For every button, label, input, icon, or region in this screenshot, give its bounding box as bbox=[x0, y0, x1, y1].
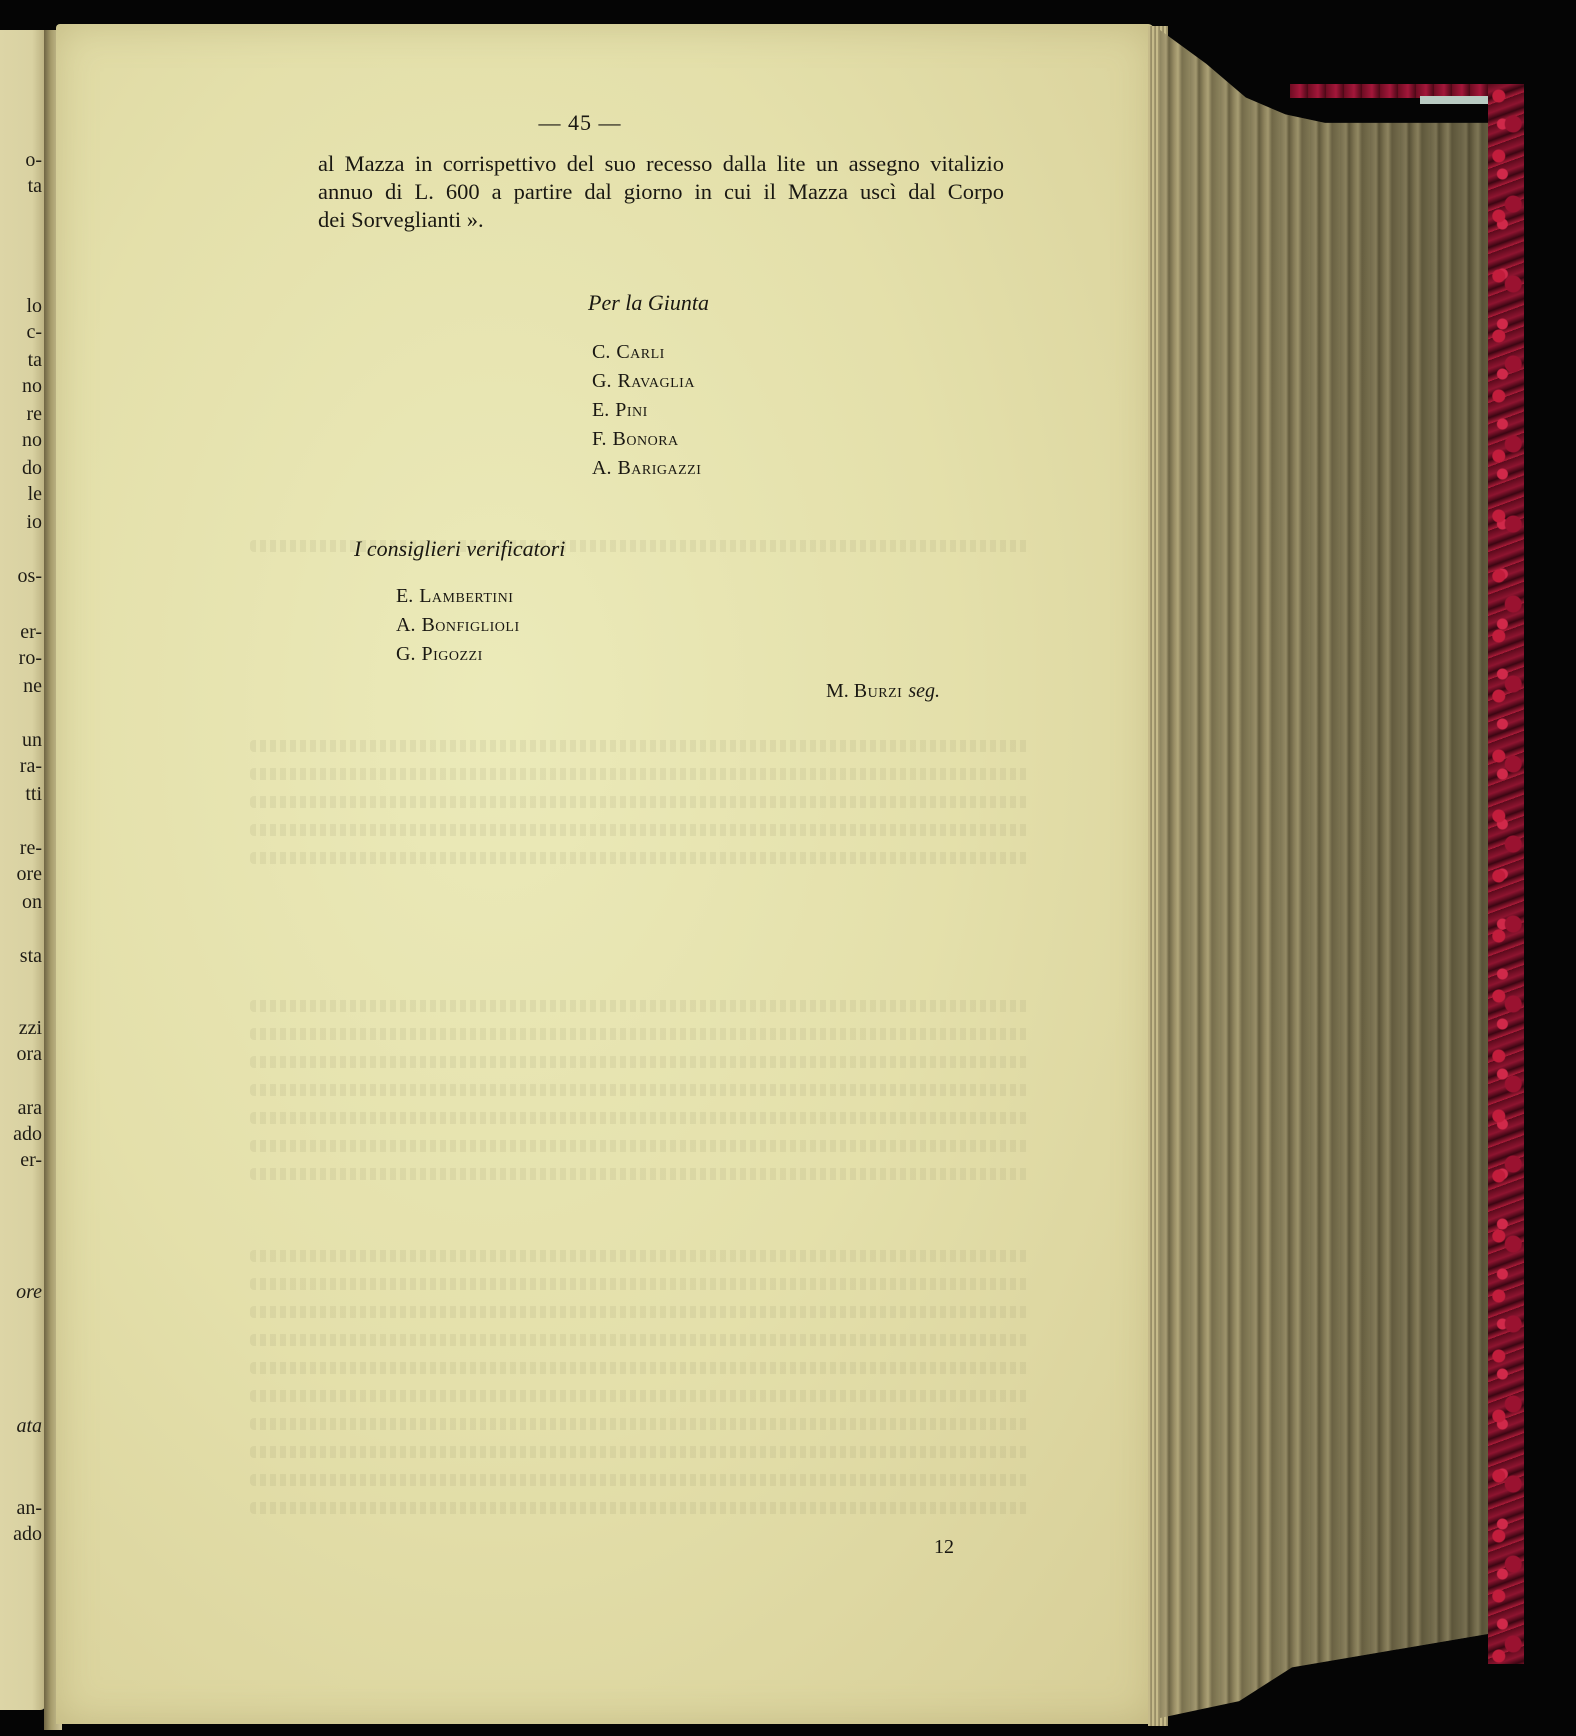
signatory: F.Bonora bbox=[592, 425, 701, 454]
left-facing-page: o-taloc-tanorenodoleioos-er-ro-neunra-tt… bbox=[0, 30, 46, 1710]
signatory-initial: A. bbox=[592, 457, 611, 479]
signatory-initial: C. bbox=[592, 341, 610, 363]
bleed-through-texture bbox=[250, 740, 1030, 752]
left-page-fragment: un bbox=[22, 730, 42, 750]
body-line: annuo di L. 600 a partire dal giorno in … bbox=[318, 178, 1004, 206]
left-page-fragment: do bbox=[22, 458, 42, 478]
signatory-initial: G. bbox=[592, 370, 611, 392]
left-page-fragment: re bbox=[26, 404, 42, 424]
left-page-fragment: io bbox=[26, 512, 42, 532]
bleed-through-texture bbox=[250, 1362, 1030, 1374]
signature-mark: 12 bbox=[934, 1536, 954, 1559]
body-line: al Mazza in corrispettivo del suo recess… bbox=[318, 150, 1004, 178]
bleed-through-texture bbox=[250, 1084, 1030, 1096]
left-page-fragment: er- bbox=[20, 1150, 42, 1170]
signatory: G.Ravaglia bbox=[592, 367, 701, 396]
signatory-surname: Pini bbox=[615, 399, 648, 421]
signatory-initial: F. bbox=[592, 428, 607, 450]
left-page-fragment: an- bbox=[16, 1498, 42, 1518]
giunta-heading: Per la Giunta bbox=[588, 290, 709, 316]
left-page-fragment: ne bbox=[23, 676, 42, 696]
left-page-fragment: ta bbox=[28, 176, 42, 196]
left-page-fragment: sta bbox=[20, 946, 42, 966]
signatory-surname: Lambertini bbox=[419, 585, 513, 607]
verifiers-heading: I consiglieri verificatori bbox=[354, 536, 565, 562]
bleed-through-texture bbox=[250, 1000, 1030, 1012]
signatory-surname: Ravaglia bbox=[617, 370, 695, 392]
bleed-through-texture bbox=[250, 1028, 1030, 1040]
body-paragraph: al Mazza in corrispettivo del suo recess… bbox=[318, 150, 1004, 234]
left-page-fragment: no bbox=[22, 376, 42, 396]
signatory-initial: G. bbox=[396, 643, 415, 665]
left-page-fragment: zzi bbox=[19, 1018, 42, 1038]
left-page-fragment: ado bbox=[13, 1524, 42, 1544]
signatory-surname: Bonfiglioli bbox=[421, 614, 519, 636]
marbled-cover-board bbox=[1488, 84, 1524, 1664]
secretary-signature: M. Burziseg. bbox=[826, 680, 940, 703]
secretary-role: seg. bbox=[908, 680, 940, 702]
left-page-fragment: ora bbox=[16, 1044, 42, 1064]
left-page-fragment: o- bbox=[25, 150, 42, 170]
signatory: G.Pigozzi bbox=[396, 640, 520, 669]
signatory-initial: E. bbox=[592, 399, 609, 421]
signatory: A.Bonfiglioli bbox=[396, 611, 520, 640]
bleed-through-texture bbox=[250, 1418, 1030, 1430]
book-page bbox=[56, 24, 1154, 1724]
giunta-signatories: C.Carli G.Ravaglia E.Pini F.Bonora A.Bar… bbox=[592, 338, 701, 483]
left-page-fragment: lo bbox=[26, 296, 42, 316]
bleed-through-texture bbox=[250, 796, 1030, 808]
signatory-surname: Bonora bbox=[613, 428, 679, 450]
bleed-through-texture bbox=[250, 1334, 1030, 1346]
endpaper-edge bbox=[1420, 96, 1488, 104]
bleed-through-texture bbox=[250, 852, 1030, 864]
signatory: E.Pini bbox=[592, 396, 701, 425]
left-page-fragment: re- bbox=[20, 838, 42, 858]
bleed-through-texture bbox=[250, 1306, 1030, 1318]
running-page-number: — 45 — bbox=[0, 110, 1160, 136]
left-page-fragment: ore bbox=[16, 1282, 42, 1302]
signatory: C.Carli bbox=[592, 338, 701, 367]
signatory-initial: A. bbox=[396, 614, 415, 636]
verifier-signatories: E.Lambertini A.Bonfiglioli G.Pigozzi bbox=[396, 582, 520, 669]
bleed-through-texture bbox=[250, 1140, 1030, 1152]
bleed-through-texture bbox=[250, 1250, 1030, 1262]
bleed-through-texture bbox=[250, 1446, 1030, 1458]
bleed-through-texture bbox=[250, 1390, 1030, 1402]
body-line: dei Sorveglianti ». bbox=[318, 206, 1004, 234]
signatory-surname: Carli bbox=[616, 341, 665, 363]
left-page-fragment: no bbox=[22, 430, 42, 450]
bleed-through-texture bbox=[250, 1278, 1030, 1290]
bleed-through-texture bbox=[250, 1056, 1030, 1068]
left-page-fragment: ro- bbox=[19, 648, 42, 668]
signatory-surname: Barigazzi bbox=[617, 457, 701, 479]
left-page-fragment: on bbox=[22, 892, 42, 912]
left-page-fragment: ta bbox=[28, 350, 42, 370]
secretary-surname: Burzi bbox=[854, 680, 903, 702]
bleed-through-texture bbox=[250, 1112, 1030, 1124]
secretary-initial: M. bbox=[826, 680, 849, 702]
left-page-fragment: tti bbox=[25, 784, 42, 804]
signatory: E.Lambertini bbox=[396, 582, 520, 611]
left-page-fragment: ore bbox=[16, 864, 42, 884]
left-page-fragment: ra- bbox=[20, 756, 42, 776]
signatory: A.Barigazzi bbox=[592, 454, 701, 483]
bleed-through-texture bbox=[250, 768, 1030, 780]
bleed-through-texture bbox=[250, 1502, 1030, 1514]
bleed-through-texture bbox=[250, 824, 1030, 836]
fore-edge-shading bbox=[1160, 30, 1490, 1718]
left-page-fragment: le bbox=[28, 484, 42, 504]
left-page-fragment: ado bbox=[13, 1124, 42, 1144]
left-page-fragment: ata bbox=[16, 1416, 42, 1436]
bleed-through-texture bbox=[250, 1474, 1030, 1486]
left-page-text-fragments: o-taloc-tanorenodoleioos-er-ro-neunra-tt… bbox=[0, 30, 46, 1710]
left-page-fragment: os- bbox=[18, 566, 42, 586]
bleed-through-texture bbox=[250, 1168, 1030, 1180]
left-page-fragment: er- bbox=[20, 622, 42, 642]
left-page-fragment: ara bbox=[18, 1098, 42, 1118]
left-page-fragment: c- bbox=[26, 322, 42, 342]
signatory-surname: Pigozzi bbox=[421, 643, 482, 665]
signatory-initial: E. bbox=[396, 585, 413, 607]
